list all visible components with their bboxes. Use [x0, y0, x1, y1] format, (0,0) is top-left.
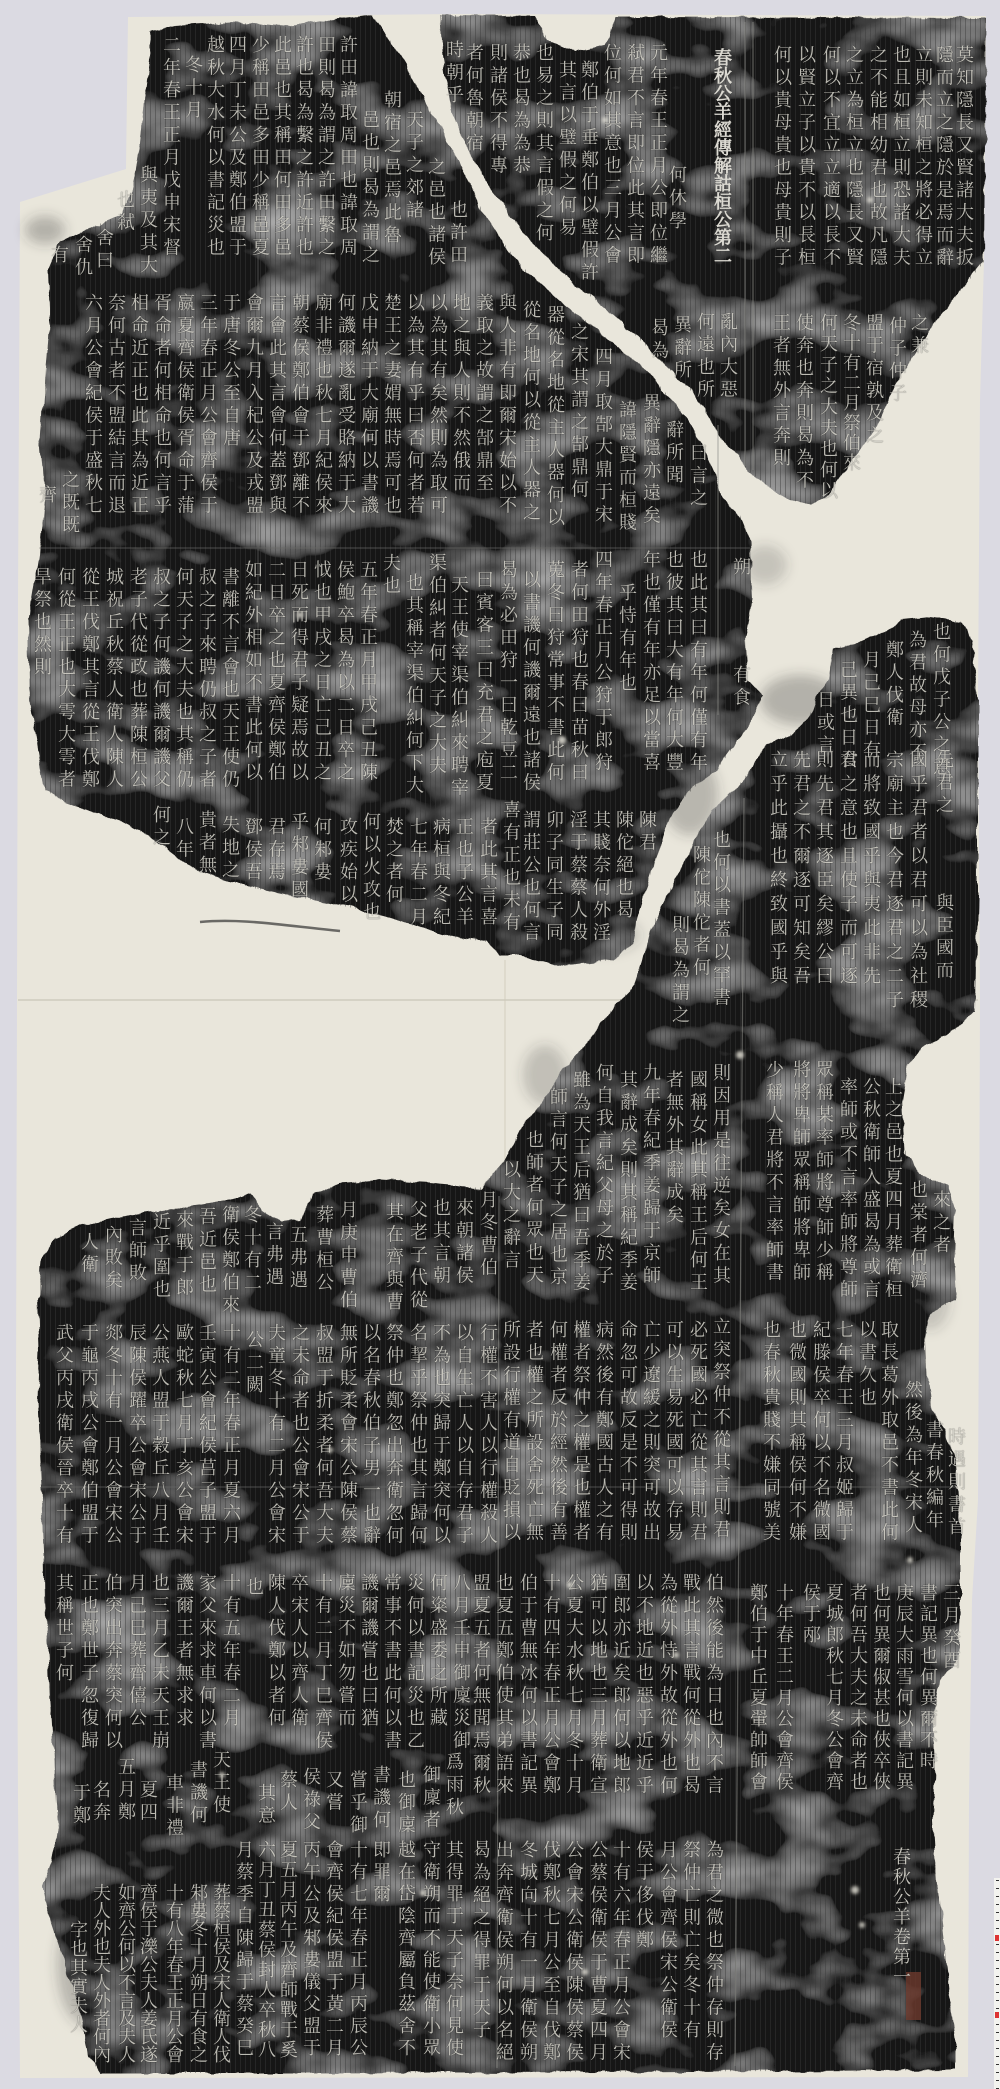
color-ruler-strip	[994, 1878, 1000, 2089]
rubbing-scan	[0, 0, 1000, 2089]
collector-seal	[906, 1972, 921, 2020]
